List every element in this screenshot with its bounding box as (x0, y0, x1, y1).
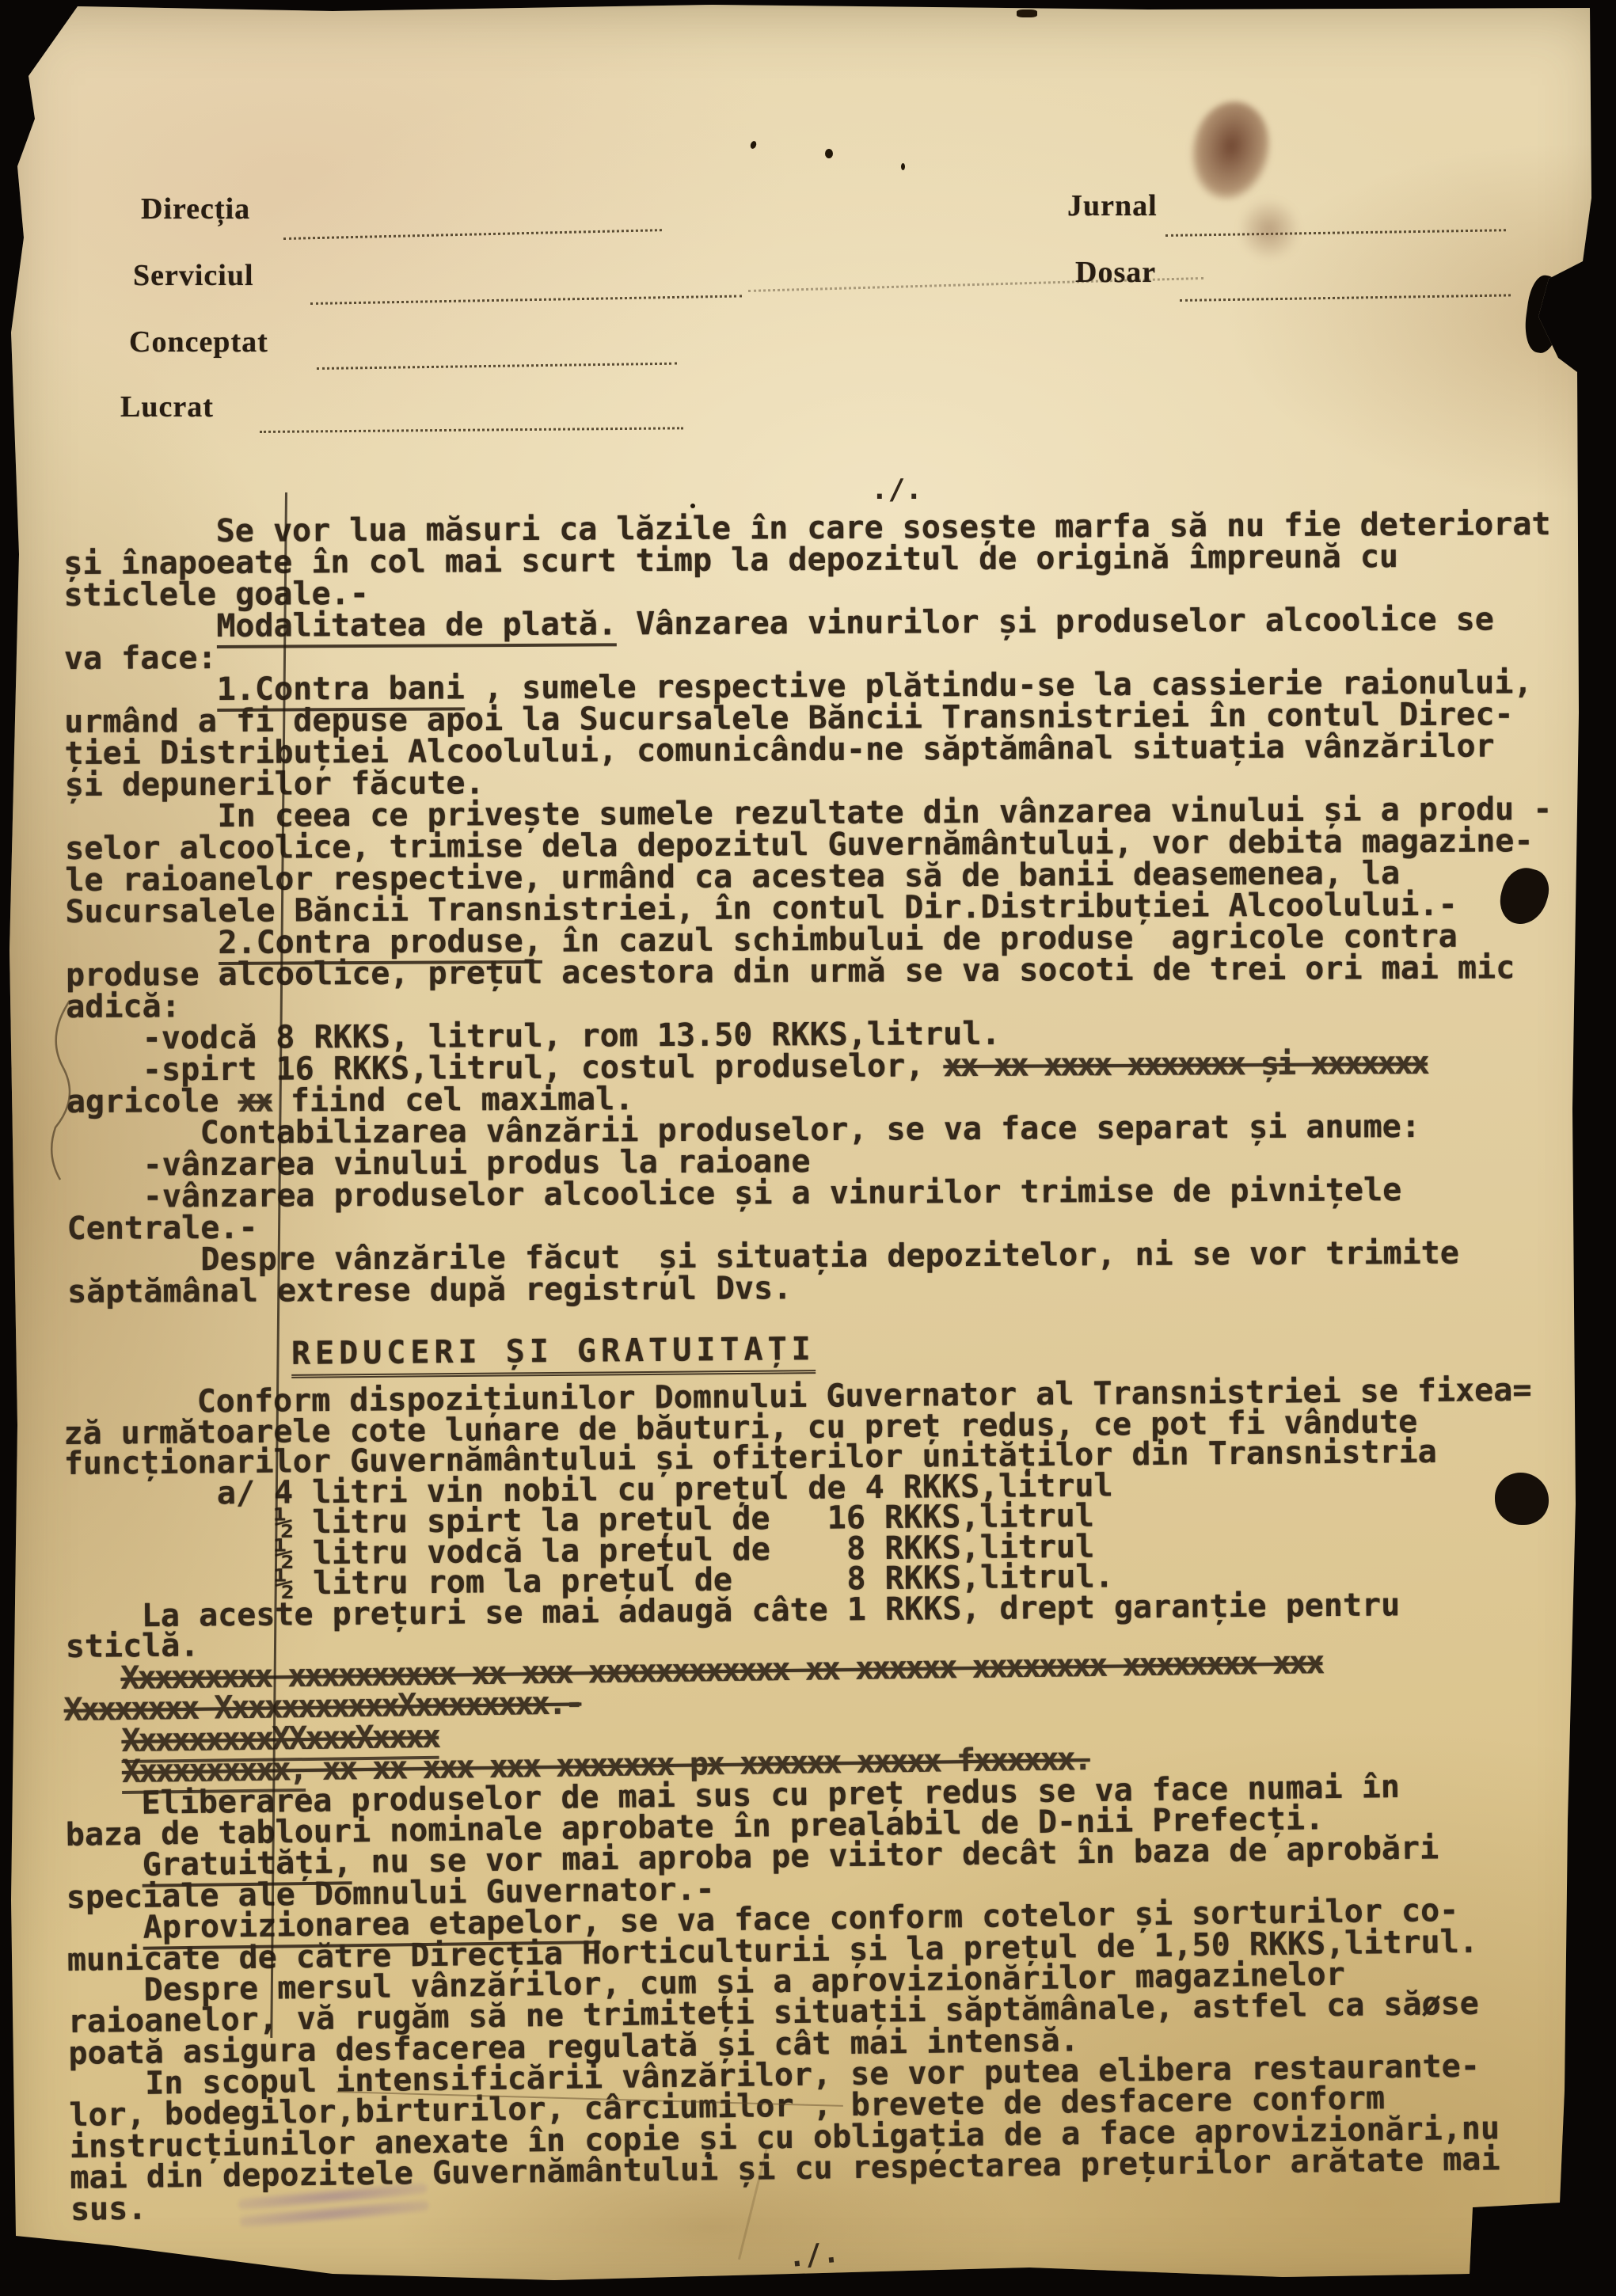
document-line: produse alcoolice, prețul acestora din u… (66, 952, 1553, 991)
document-line: ției Distribuției Alcoolului, comunicând… (64, 730, 1552, 770)
header-field-jurnal: Jurnal (1067, 188, 1158, 223)
document-line: -spirt 16 RKKS,litrul, costul produselor… (67, 1047, 1554, 1086)
document-line: Modalitatea de plată. Vânzarea vinurilor… (64, 603, 1552, 643)
text-segment: -vânzarea produselor alcoolice și a vinu… (67, 1172, 1401, 1215)
text-segment: sus. (70, 2190, 147, 2227)
header-field-serviciul: Serviciul (133, 258, 254, 293)
brown-stain (1182, 94, 1279, 207)
paper-tear-hole (1521, 273, 1566, 355)
header-field-lucrat: Lucrat (120, 390, 214, 424)
paper: Direcția Serviciul Conceptat Lucrat Jurn… (0, 0, 1616, 2296)
text-segment: xx xx xxxx xxxxxxx și xxxxxxx (943, 1045, 1428, 1084)
typed-block-quotas: Conform dispozițiunilor Domnului Guverna… (63, 1375, 1534, 1663)
dotted-line-lucrat (260, 424, 683, 433)
section-heading: REDUCERI ȘI GRATUITAȚI (291, 1331, 816, 1378)
text-segment: Vânzarea vinurilor și produselor alcooli… (617, 602, 1494, 643)
typed-block-upper: Se vor lua măsuri ca lăzile în care sose… (63, 508, 1555, 1308)
text-segment: săptămânal extrese după registrul Dvs. (67, 1270, 792, 1310)
ink-speck (750, 140, 758, 150)
ink-speck (901, 163, 905, 170)
ink-blot (1495, 1473, 1549, 1525)
dotted-line-serviciul (310, 291, 742, 305)
brown-stain (1240, 196, 1299, 263)
ink-speck (690, 504, 695, 508)
page-mark-bottom: ./. (786, 2237, 841, 2275)
header-field-conceptat: Conceptat (129, 325, 268, 359)
typed-block-lower: Xxxxxxxxx xxxxxxxxxx xx xxx xxxxxxxxxxxx… (63, 1645, 1500, 2226)
page-mark-top: ./. (871, 473, 922, 506)
scan-background: Direcția Serviciul Conceptat Lucrat Jurn… (0, 0, 1616, 2296)
header-field-dosar: Dosar (1075, 255, 1156, 290)
ink-speck (1017, 10, 1037, 17)
text-segment: produse alcoolice, prețul acestora din u… (66, 949, 1515, 994)
text-segment: xx (238, 1083, 272, 1119)
dotted-line-directia (283, 226, 662, 240)
document-line: Despre vânzările făcut și situația depoz… (67, 1237, 1555, 1276)
dotted-line-dosar (1180, 291, 1511, 302)
header-field-directia: Direcția (141, 192, 250, 226)
text-segment: Modalitatea de plată. (216, 606, 617, 648)
left-edge-crack (22, 999, 101, 1181)
text-segment: Xxxxxxxxxx, (122, 1751, 306, 1794)
dotted-line-conceptat (317, 359, 677, 370)
dotted-line-jurnal (1165, 226, 1506, 237)
document-line: -vânzarea produselor alcoolice și a vinu… (67, 1173, 1554, 1213)
ink-speck (825, 149, 833, 158)
